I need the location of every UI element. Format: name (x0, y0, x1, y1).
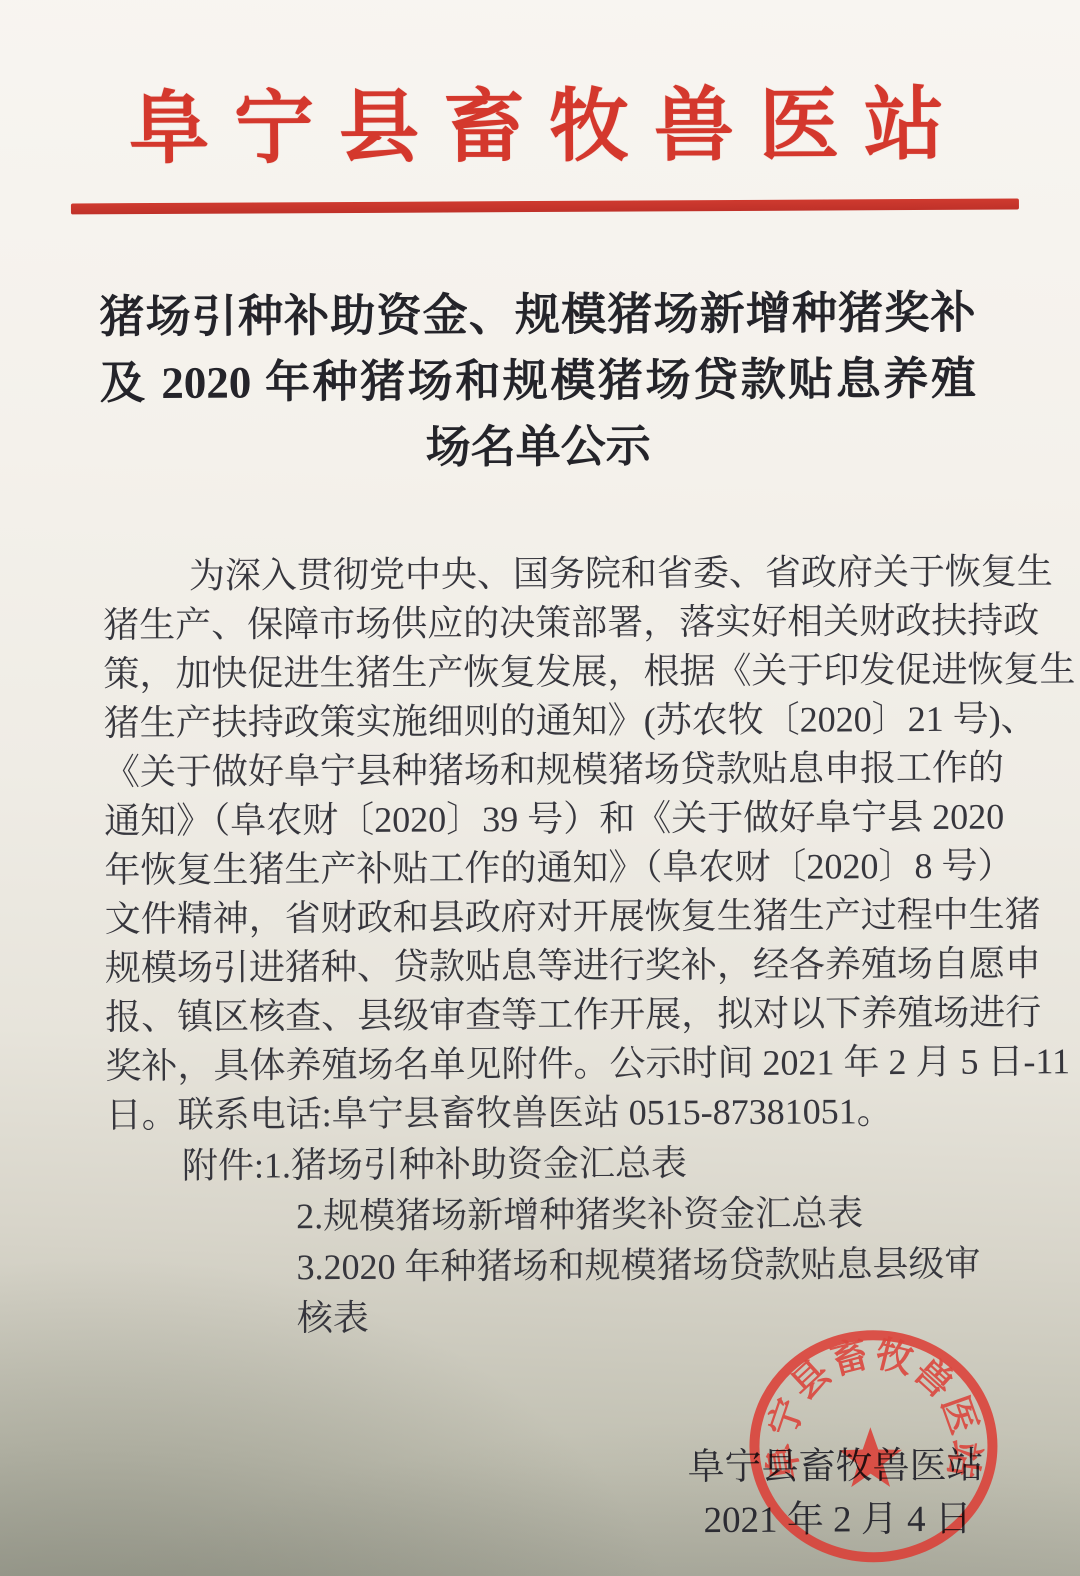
body-line: 策，加快促进生猪生产恢复发展，根据《关于印发促进恢复生 (103, 646, 999, 700)
attachment-item: 附件:1.猪场引种补助资金汇总表 (106, 1137, 1002, 1193)
body-line: 年恢复生猪生产补贴工作的通知》（阜农财〔2020〕8 号） (104, 842, 1000, 896)
body-line: 规模场引进猪种、贷款贴息等进行奖补，经各养殖场自愿申 (105, 940, 1001, 994)
letterhead-rule (71, 198, 1019, 214)
document-title: 猪场引种补助资金、规模猪场新增种猪奖补 及 2020 年种猪场和规模猪场贷款贴息… (99, 280, 976, 483)
body-line: 报、镇区核查、县级审查等工作开展，拟对以下养殖场进行 (105, 989, 1001, 1043)
body-line: 《关于做好阜宁县种猪场和规模猪场贷款贴息申报工作的 (104, 744, 1000, 798)
body-line: 日。联系电话:阜宁县畜牧兽医站 0515-87381051。 (106, 1087, 1002, 1141)
body-line: 猪生产扶持政策实施细则的通知》(苏农牧〔2020〕21 号)、 (104, 695, 1000, 749)
body-line: 猪生产、保障市场供应的决策部署，落实好相关财政扶持政 (103, 597, 999, 651)
official-seal-stamp: 阜宁县畜牧兽医站 (728, 1311, 1019, 1576)
title-line: 及 2020 年种猪场和规模猪场贷款贴息养殖 (100, 346, 976, 417)
attachment-item: 2.规模猪场新增种猪奖补资金汇总表 (106, 1188, 1002, 1244)
title-line: 场名单公示 (100, 412, 976, 483)
notice-body: 为深入贯彻党中央、国务院和省委、省政府关于恢复生 猪生产、保障市场供应的决策部署… (103, 548, 1002, 1141)
body-line: 奖补，具体养殖场名单见附件。公示时间 2021 年 2 月 5 日-11 (105, 1038, 1001, 1092)
page-content: 阜宁县畜牧兽医站 猪场引种补助资金、规模猪场新增种猪奖补 及 2020 年种猪场… (0, 0, 1080, 1576)
letterhead-title: 阜宁县畜牧兽医站 (0, 85, 1077, 171)
body-line: 为深入贯彻党中央、国务院和省委、省政府关于恢复生 (103, 548, 999, 602)
title-line: 猪场引种补助资金、规模猪场新增种猪奖补 (99, 280, 975, 351)
body-line: 通知》（阜农财〔2020〕39 号）和《关于做好阜宁县 2020 (104, 793, 1000, 847)
body-line: 文件精神，省财政和县政府对开展恢复生猪生产过程中生猪 (105, 891, 1001, 945)
seal-star (839, 1427, 902, 1487)
scanned-notice-page: 阜宁县畜牧兽医站 猪场引种补助资金、规模猪场新增种猪奖补 及 2020 年种猪场… (0, 0, 1080, 1576)
